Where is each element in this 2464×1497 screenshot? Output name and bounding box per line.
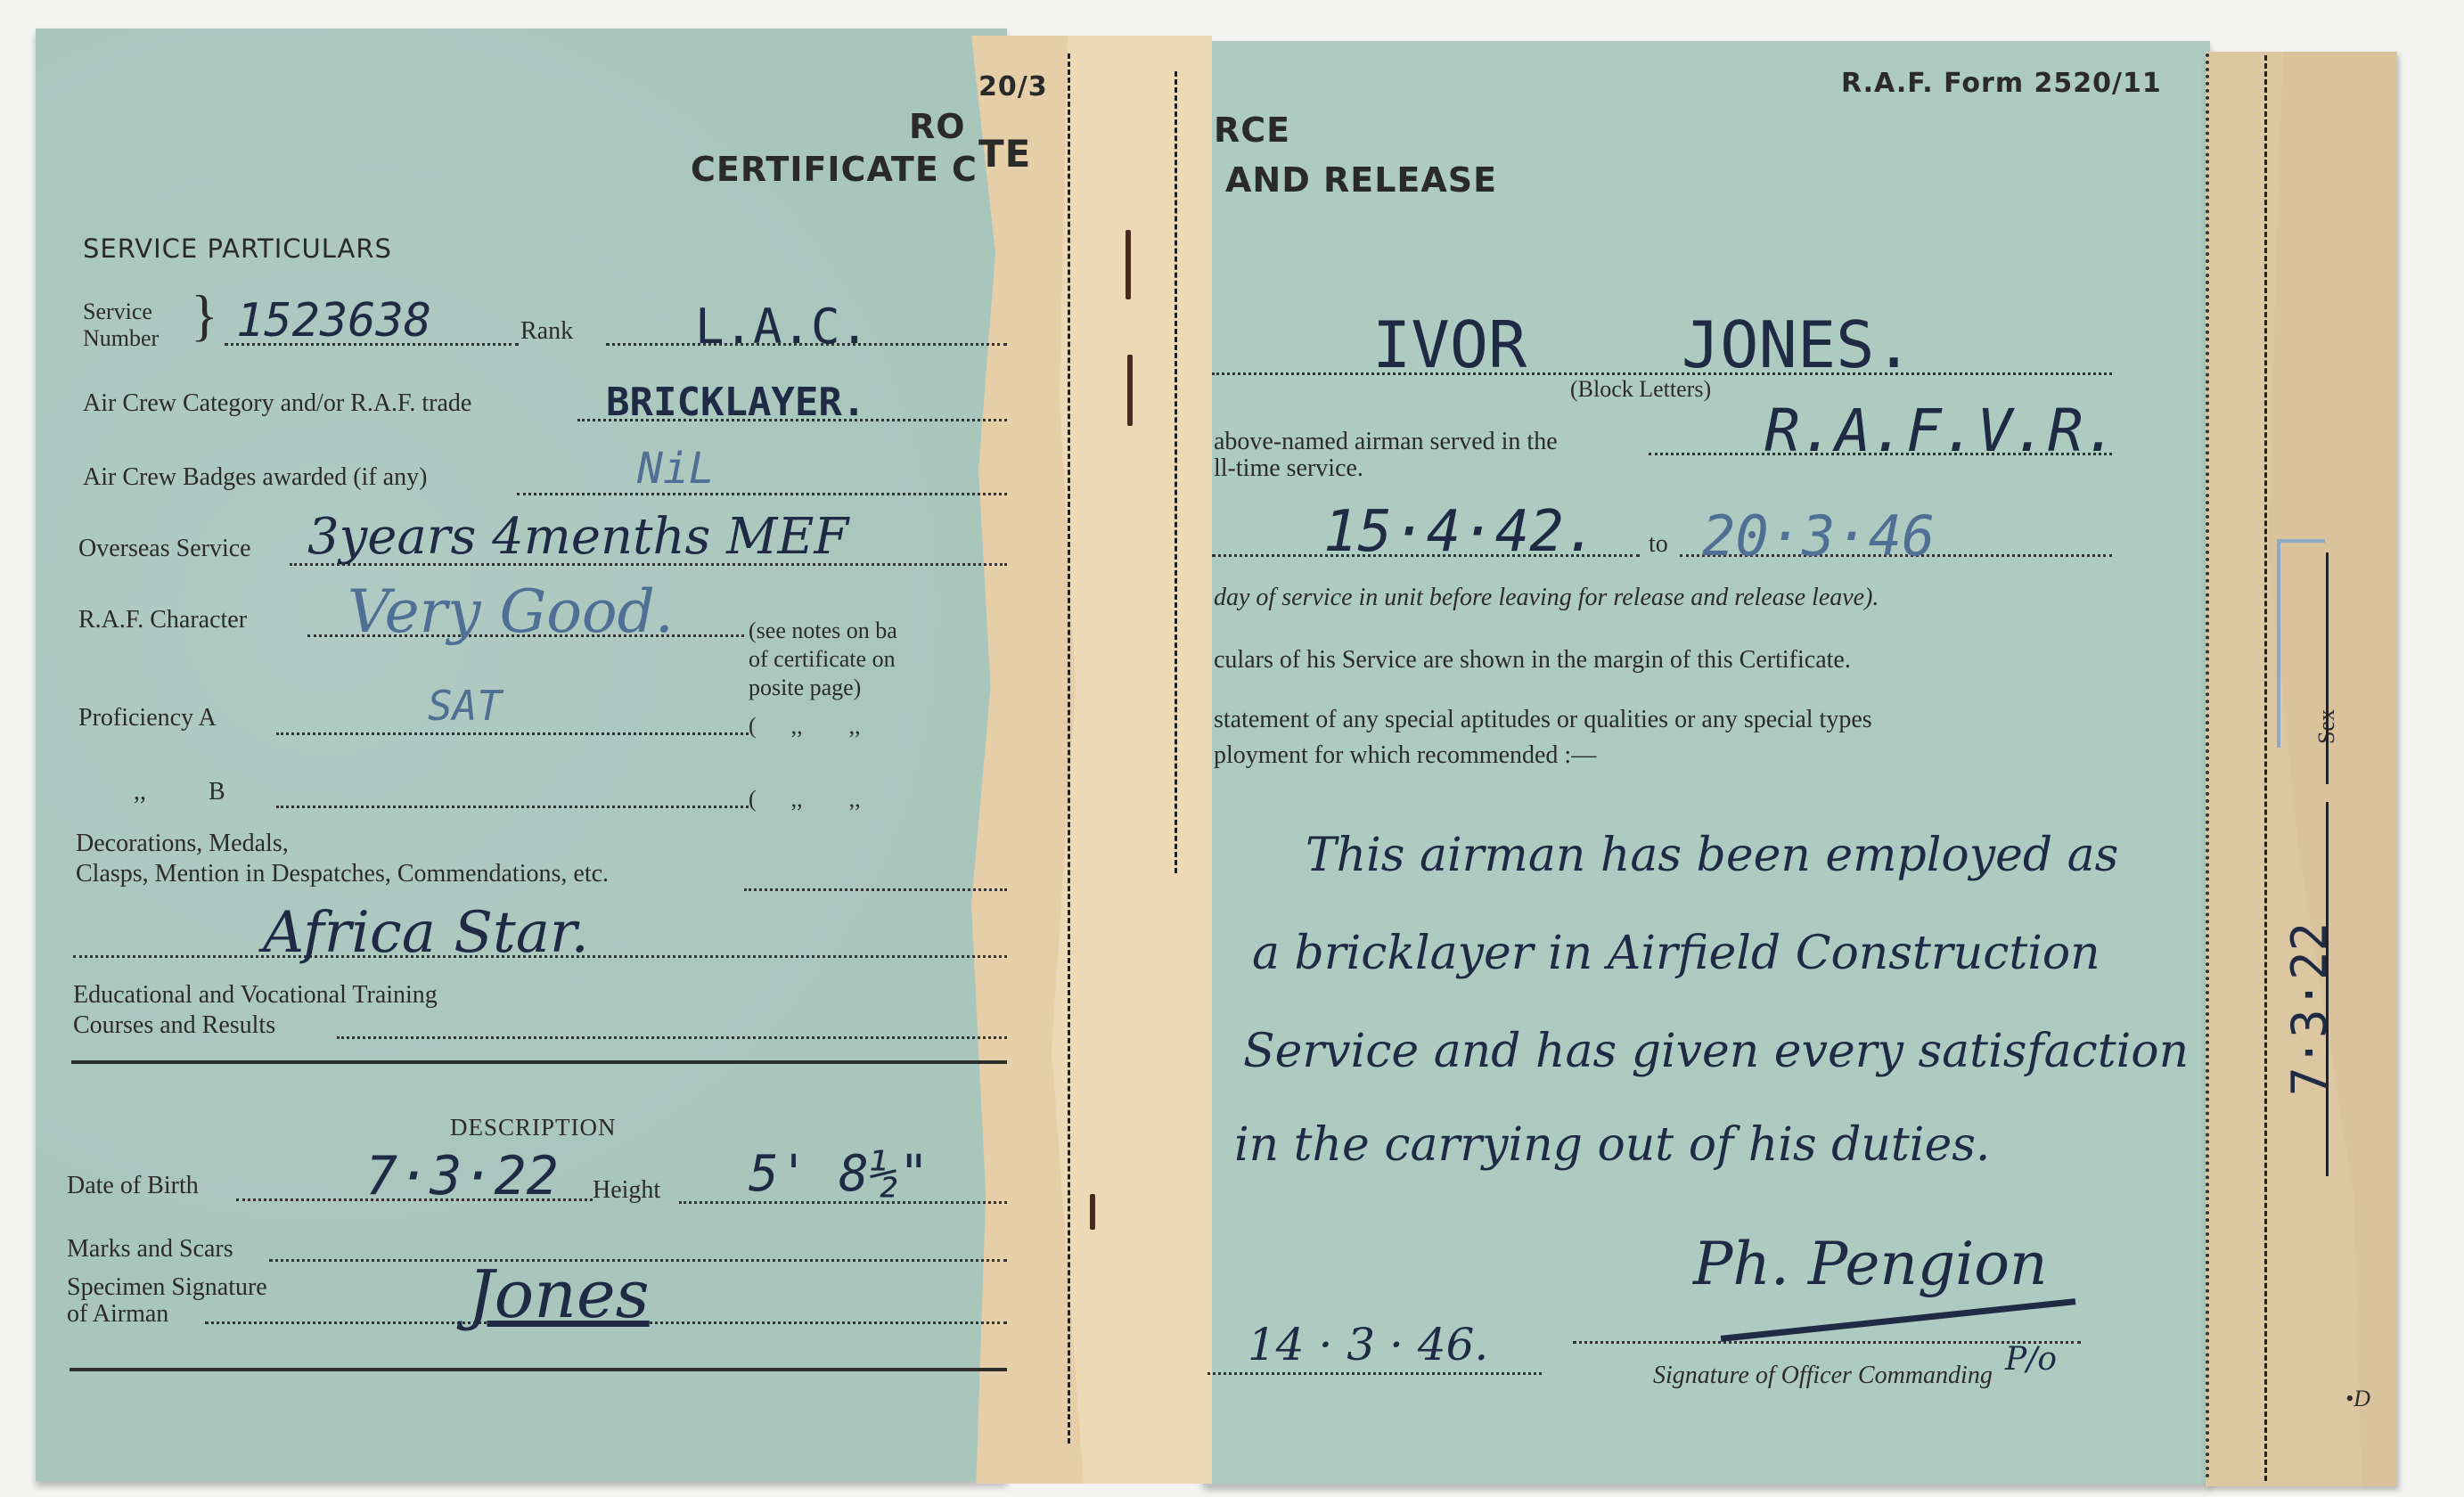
title-line2-right: AND RELEASE [1225, 160, 1497, 200]
served-value: R.A.F.V.R. [1764, 397, 2118, 465]
staple-bottom [1090, 1194, 1095, 1230]
fulltime-label: ll-time service. [1214, 454, 1363, 483]
overseas-value: 3years 4menths MEF [307, 508, 848, 566]
officer-rank-mark: P/o [2005, 1341, 2057, 1378]
perforation-line-right-stub [2264, 55, 2267, 1481]
stub-sex-line [2326, 552, 2329, 784]
recommendation-line-1: This airman has been employed as [1306, 829, 2118, 882]
character-note-line1: (see notes on ba [749, 617, 897, 645]
perforated-edge-right-page [2206, 53, 2209, 1479]
decorations-label-line1: Decorations, Medals, [76, 829, 609, 859]
badges-line [517, 493, 1007, 495]
marks-label: Marks and Scars [67, 1235, 233, 1264]
service-number-label-line1: Service [83, 299, 159, 325]
rank-value: L.A.C. [695, 299, 869, 355]
proficiency-b-line [276, 806, 749, 808]
rank-label: Rank [520, 317, 573, 346]
decorations-value: Africa Star. [263, 900, 589, 966]
character-label: R.A.F. Character [78, 606, 247, 634]
from-date: 15·4·42. [1323, 499, 1598, 565]
statement-label-line1: statement of any special aptitudes or qu… [1214, 706, 1872, 734]
service-number-value: 1523638 [236, 294, 431, 348]
badges-value: NiL [637, 444, 715, 494]
proficiency-a-line [276, 732, 749, 735]
character-value: Very Good. [348, 577, 674, 646]
stub-marker: •D [2345, 1386, 2370, 1412]
decorations-label: Decorations, Medals, Clasps, Mention in … [76, 829, 609, 889]
name-caption: (Block Letters) [1570, 376, 1711, 403]
brace-glyph: } [191, 287, 218, 344]
to-label: to [1649, 530, 1668, 559]
service-number-label: Service Number [83, 299, 159, 352]
officer-signature: Ph. Pengion [1693, 1230, 2047, 1298]
form-number: R.A.F. Form 2520/11 [1841, 68, 2162, 99]
last-day-note: day of service in unit before leaving fo… [1214, 584, 1879, 612]
stub-dob-fragment: 7·3·22 [2281, 922, 2337, 1096]
character-note: (see notes on ba of certificate on posit… [749, 617, 897, 702]
issue-date: 14 · 3 · 46. [1248, 1319, 1488, 1370]
decorations-line [744, 888, 1007, 891]
education-line [337, 1036, 1007, 1039]
to-date: 20·3·46 [1702, 503, 1935, 569]
particulars-note: culars of his Service are shown in the m… [1214, 646, 1851, 675]
description-heading: DESCRIPTION [450, 1114, 617, 1141]
character-note-line3: posite page) [749, 674, 897, 702]
section-heading-service-particulars: SERVICE PARTICULARS [83, 233, 392, 264]
title-line2-stub: TE [978, 132, 1031, 176]
perforation-line-center [1068, 53, 1070, 1444]
section-divider-bottom [70, 1368, 1007, 1371]
signature-label-line1: Specimen Signature [67, 1274, 267, 1301]
proficiency-b-note: ( ,, ,, [749, 786, 861, 813]
dob-value: 7·3·22 [365, 1145, 559, 1207]
center-torn-stub-layer [1052, 36, 1212, 1484]
education-label: Educational and Vocational Training Cour… [73, 980, 438, 1041]
stub-form-number: 20/3 [978, 71, 1048, 102]
title-line1-right: RCE [1214, 110, 1290, 150]
proficiency-a-label: Proficiency A [78, 704, 217, 732]
served-label: above-named airman served in the [1214, 428, 1558, 456]
recommendation-line-2: a bricklayer in Airfield Construction [1252, 927, 2100, 980]
height-label: Height [593, 1176, 660, 1205]
trade-label: Air Crew Category and/or R.A.F. trade [83, 389, 471, 418]
signature-label: Specimen Signature of Airman [67, 1274, 267, 1328]
trade-value: BRICKLAYER. [606, 380, 865, 425]
perforation-line-center-right [1175, 71, 1177, 873]
stub-blue-bracket [2277, 539, 2325, 748]
overseas-label: Overseas Service [78, 535, 251, 563]
service-number-label-line2: Number [83, 325, 159, 352]
airman-signature: Jones [468, 1256, 650, 1333]
title-line2-left: CERTIFICATE C [691, 150, 978, 189]
badges-label: Air Crew Badges awarded (if any) [83, 463, 427, 492]
proficiency-a-value: SAT [428, 682, 502, 730]
dob-label: Date of Birth [67, 1172, 199, 1200]
proficiency-b-label: ,, B [134, 778, 225, 806]
staple-middle [1127, 355, 1133, 426]
section-divider-top [71, 1060, 1007, 1064]
title-line1-left: RO [909, 107, 966, 146]
airman-name: IVOR JONES. [1372, 307, 1913, 382]
proficiency-a-note: ( ,, ,, [749, 713, 861, 740]
recommendation-line-3: Service and has given every satisfaction [1243, 1025, 2189, 1078]
recommendation-line-4: in the carrying out of his duties. [1234, 1118, 1990, 1172]
education-label-line1: Educational and Vocational Training [73, 980, 438, 1010]
statement-label-line2: ployment for which recommended :— [1214, 741, 1596, 770]
officer-caption: Signature of Officer Commanding [1653, 1362, 1993, 1390]
issue-date-line [1207, 1372, 1542, 1375]
staple-top [1126, 230, 1131, 299]
decorations-label-line2: Clasps, Mention in Despatches, Commendat… [76, 859, 609, 889]
character-note-line2: of certificate on [749, 645, 897, 674]
height-value: 5' 8½" [749, 1145, 929, 1203]
